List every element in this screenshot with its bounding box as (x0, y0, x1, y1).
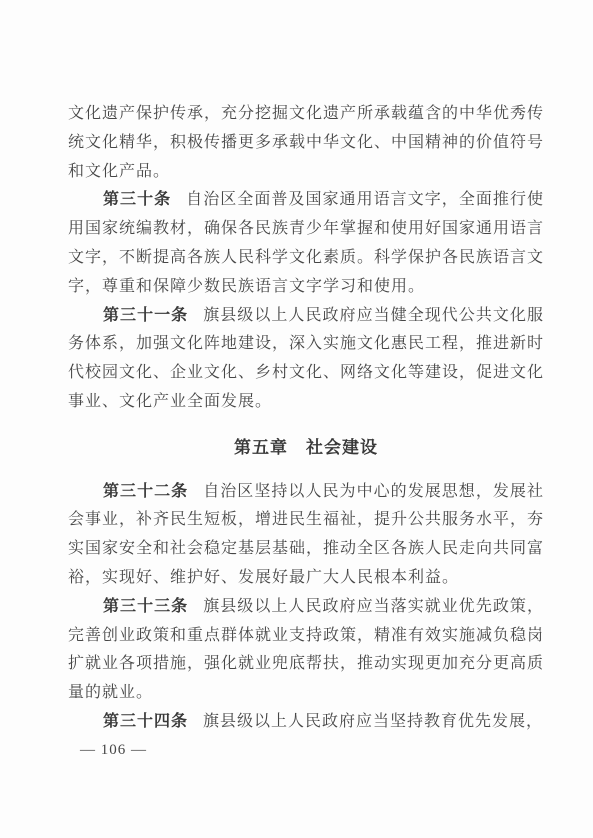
paragraph-continuation: 文化遗产保护传承，充分挖掘文化遗产所承载蕴含的中华优秀传统文化精华，积极传播更多… (68, 100, 544, 186)
article-31-number: 第三十一条 (103, 307, 188, 324)
article-30-number: 第三十条 (103, 191, 171, 208)
article-34-number: 第三十四条 (103, 713, 188, 730)
article-30-paragraph: 第三十条自治区全面普及国家通用语言文字，全面推行使用国家统编教材，确保各民族青少… (68, 186, 544, 301)
page-number: — 106 — (80, 742, 147, 758)
article-32-number: 第三十二条 (103, 483, 188, 500)
article-32-paragraph: 第三十二条自治区坚持以人民为中心的发展思想，发展社会事业，补齐民生短板，增进民生… (68, 478, 544, 593)
article-31-paragraph: 第三十一条旗县级以上人民政府应当健全现代公共文化服务体系，加强文化阵地建设，深入… (68, 302, 544, 417)
chapter-5-heading: 第五章 社会建设 (68, 434, 544, 463)
document-body: 文化遗产保护传承，充分挖掘文化遗产所承载蕴含的中华优秀传统文化精华，积极传播更多… (68, 100, 544, 737)
page-footer: — 106 — (80, 741, 147, 759)
document-page: 文化遗产保护传承，充分挖掘文化遗产所承载蕴含的中华优秀传统文化精华，积极传播更多… (0, 0, 593, 838)
article-34-text: 旗县级以上人民政府应当坚持教育优先发展， (203, 713, 543, 730)
article-33-number: 第三十三条 (103, 598, 188, 615)
article-33-paragraph: 第三十三条旗县级以上人民政府应当落实就业优先政策，完善创业政策和重点群体就业支持… (68, 593, 544, 708)
article-34-paragraph: 第三十四条旗县级以上人民政府应当坚持教育优先发展， (68, 708, 544, 737)
